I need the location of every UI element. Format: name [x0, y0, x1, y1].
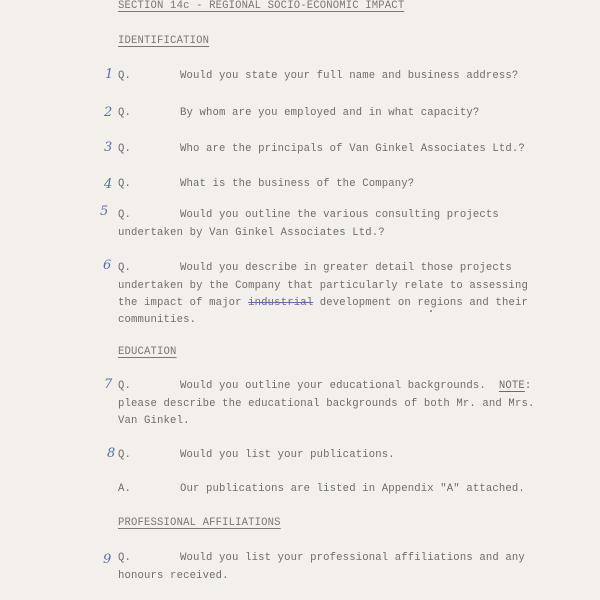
- struck-word: industrial: [248, 297, 313, 309]
- answer-label: A.: [118, 483, 131, 495]
- question-5-text-line-2: undertaken by Van Ginkel Associates Ltd.…: [118, 227, 385, 239]
- text-segment: :: [525, 380, 532, 392]
- question-3-text: Who are the principals of Van Ginkel Ass…: [180, 143, 525, 155]
- question-7-text-line-2: please describe the educational backgrou…: [118, 398, 534, 410]
- question-1-text: Would you state your full name and busin…: [180, 70, 518, 82]
- answer-text: Our publications are listed in Appendix …: [180, 483, 525, 495]
- handwritten-number-9: 9: [103, 552, 111, 567]
- handwritten-number-8: 8: [107, 446, 115, 461]
- question-label: Q.: [118, 262, 131, 274]
- heading-identification: IDENTIFICATION: [118, 35, 209, 47]
- note-label: NOTE: [499, 380, 525, 392]
- question-label: Q.: [118, 143, 131, 155]
- handwritten-number-3: 3: [104, 140, 112, 155]
- text-segment: development on regions and their: [313, 297, 528, 309]
- section-title: SECTION 14c - REGIONAL SOCIO-ECONOMIC IM…: [118, 0, 404, 12]
- question-6-text-line-3: the impact of major industrial developme…: [118, 297, 528, 309]
- question-label: Q.: [118, 552, 131, 564]
- text-segment: Would you outline your educational backg…: [180, 380, 499, 392]
- question-label: Q.: [118, 178, 131, 190]
- handwritten-number-1: 1: [105, 67, 113, 82]
- handwritten-number-4: 4: [104, 177, 112, 192]
- question-7-text-line-3: Van Ginkel.: [118, 415, 190, 427]
- handwritten-number-7: 7: [104, 377, 112, 392]
- text-segment: the impact of major: [118, 297, 248, 309]
- question-2-text: By whom are you employed and in what cap…: [180, 107, 479, 119]
- question-9-text-line-2: honours received.: [118, 570, 229, 582]
- question-label: Q.: [118, 70, 131, 82]
- stray-mark: [430, 310, 432, 312]
- heading-professional-affiliations: PROFESSIONAL AFFILIATIONS: [118, 517, 281, 529]
- handwritten-number-2: 2: [104, 105, 112, 120]
- question-label: Q.: [118, 107, 131, 119]
- question-5-text-line-1: Would you outline the various consulting…: [180, 209, 499, 221]
- heading-education: EDUCATION: [118, 346, 177, 358]
- question-label: Q.: [118, 449, 131, 461]
- question-label: Q.: [118, 380, 131, 392]
- question-6-text-line-2: undertaken by the Company that particula…: [118, 280, 528, 292]
- question-label: Q.: [118, 209, 131, 221]
- handwritten-number-5: 5: [100, 204, 108, 219]
- question-6-text-line-4: communities.: [118, 314, 196, 326]
- handwritten-number-6: 6: [103, 258, 111, 273]
- question-6-text-line-1: Would you describe in greater detail tho…: [180, 262, 512, 274]
- question-8-text: Would you list your publications.: [180, 449, 395, 461]
- question-9-text-line-1: Would you list your professional affilia…: [180, 552, 525, 564]
- document-page: SECTION 14c - REGIONAL SOCIO-ECONOMIC IM…: [0, 0, 600, 600]
- question-4-text: What is the business of the Company?: [180, 178, 414, 190]
- question-7-text-line-1: Would you outline your educational backg…: [180, 380, 531, 392]
